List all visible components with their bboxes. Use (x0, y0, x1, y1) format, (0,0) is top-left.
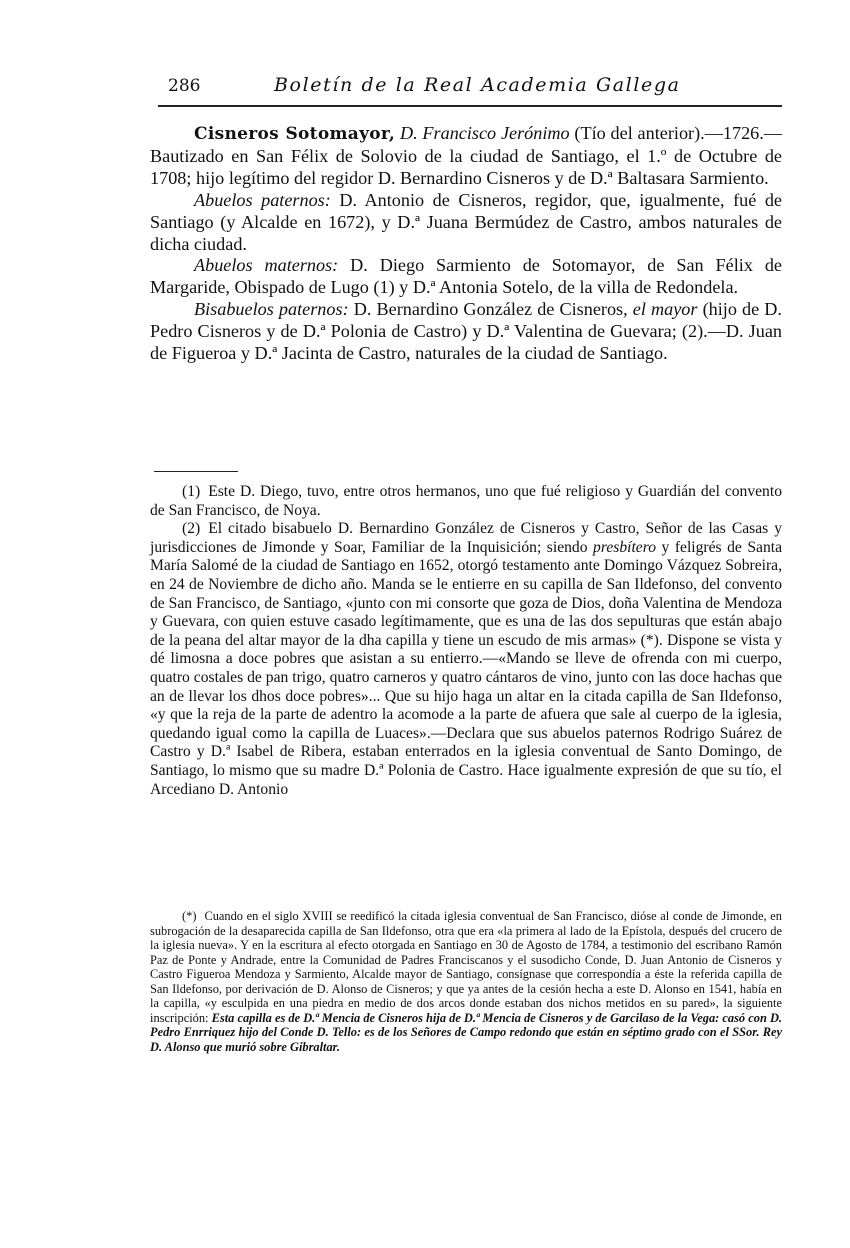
star-note-text: Cuando en el siglo XVIII se reedificó la… (150, 909, 782, 1025)
abuelos-maternos-paragraph: Abuelos maternos: D. Diego Sarmiento de … (150, 255, 782, 299)
footnote-1: (1)Este D. Diego, tuvo, entre otros herm… (150, 483, 782, 520)
footnote-rule (154, 471, 238, 472)
abuelos-maternos-label: Abuelos maternos: (194, 255, 338, 275)
footnote-italic: presbítero (593, 539, 656, 556)
entry-name: Cisneros Sotomayor, (194, 124, 395, 144)
entry-given-name: D. Francisco Jerónimo (400, 123, 570, 143)
entry-paragraph: Cisneros Sotomayor, D. Francisco Jerónim… (150, 123, 782, 190)
footnote-mark: (2) (182, 520, 200, 537)
page-header: 286 Boletín de la Real Academia Gallega (168, 74, 782, 102)
document-page: 286 Boletín de la Real Academia Gallega … (0, 0, 850, 1248)
star-note: (*)Cuando en el siglo XVIII se reedificó… (150, 909, 782, 1054)
star-note-paragraph: (*)Cuando en el siglo XVIII se reedificó… (150, 909, 782, 1054)
star-note-inscription: Esta capilla es de D.ª Mencia de Cisnero… (150, 1011, 782, 1054)
bisabuelos-text-1: D. Bernardino González de Cisneros, (349, 299, 633, 319)
footnote-2: (2)El citado bisabuelo D. Bernardino Gon… (150, 520, 782, 799)
abuelos-paternos-paragraph: Abuelos paternos: D. Antonio de Cisneros… (150, 190, 782, 256)
page-number: 286 (168, 76, 200, 96)
header-rule (158, 105, 782, 107)
footnotes: (1)Este D. Diego, tuvo, entre otros herm… (150, 483, 782, 799)
star-note-mark: (*) (182, 909, 196, 923)
footnote-text: Este D. Diego, tuvo, entre otros hermano… (150, 483, 782, 519)
running-title: Boletín de la Real Academia Gallega (274, 74, 681, 96)
bisabuelos-label: Bisabuelos paternos: (194, 299, 349, 319)
abuelos-paternos-label: Abuelos paternos: (194, 190, 331, 210)
bisabuelos-italic: el mayor (633, 299, 698, 319)
main-text: Cisneros Sotomayor, D. Francisco Jerónim… (150, 123, 782, 365)
footnote-text: y feligrés de Santa María Salomé de la c… (150, 539, 782, 798)
footnote-mark: (1) (182, 483, 200, 500)
bisabuelos-paragraph: Bisabuelos paternos: D. Bernardino Gonzá… (150, 299, 782, 365)
